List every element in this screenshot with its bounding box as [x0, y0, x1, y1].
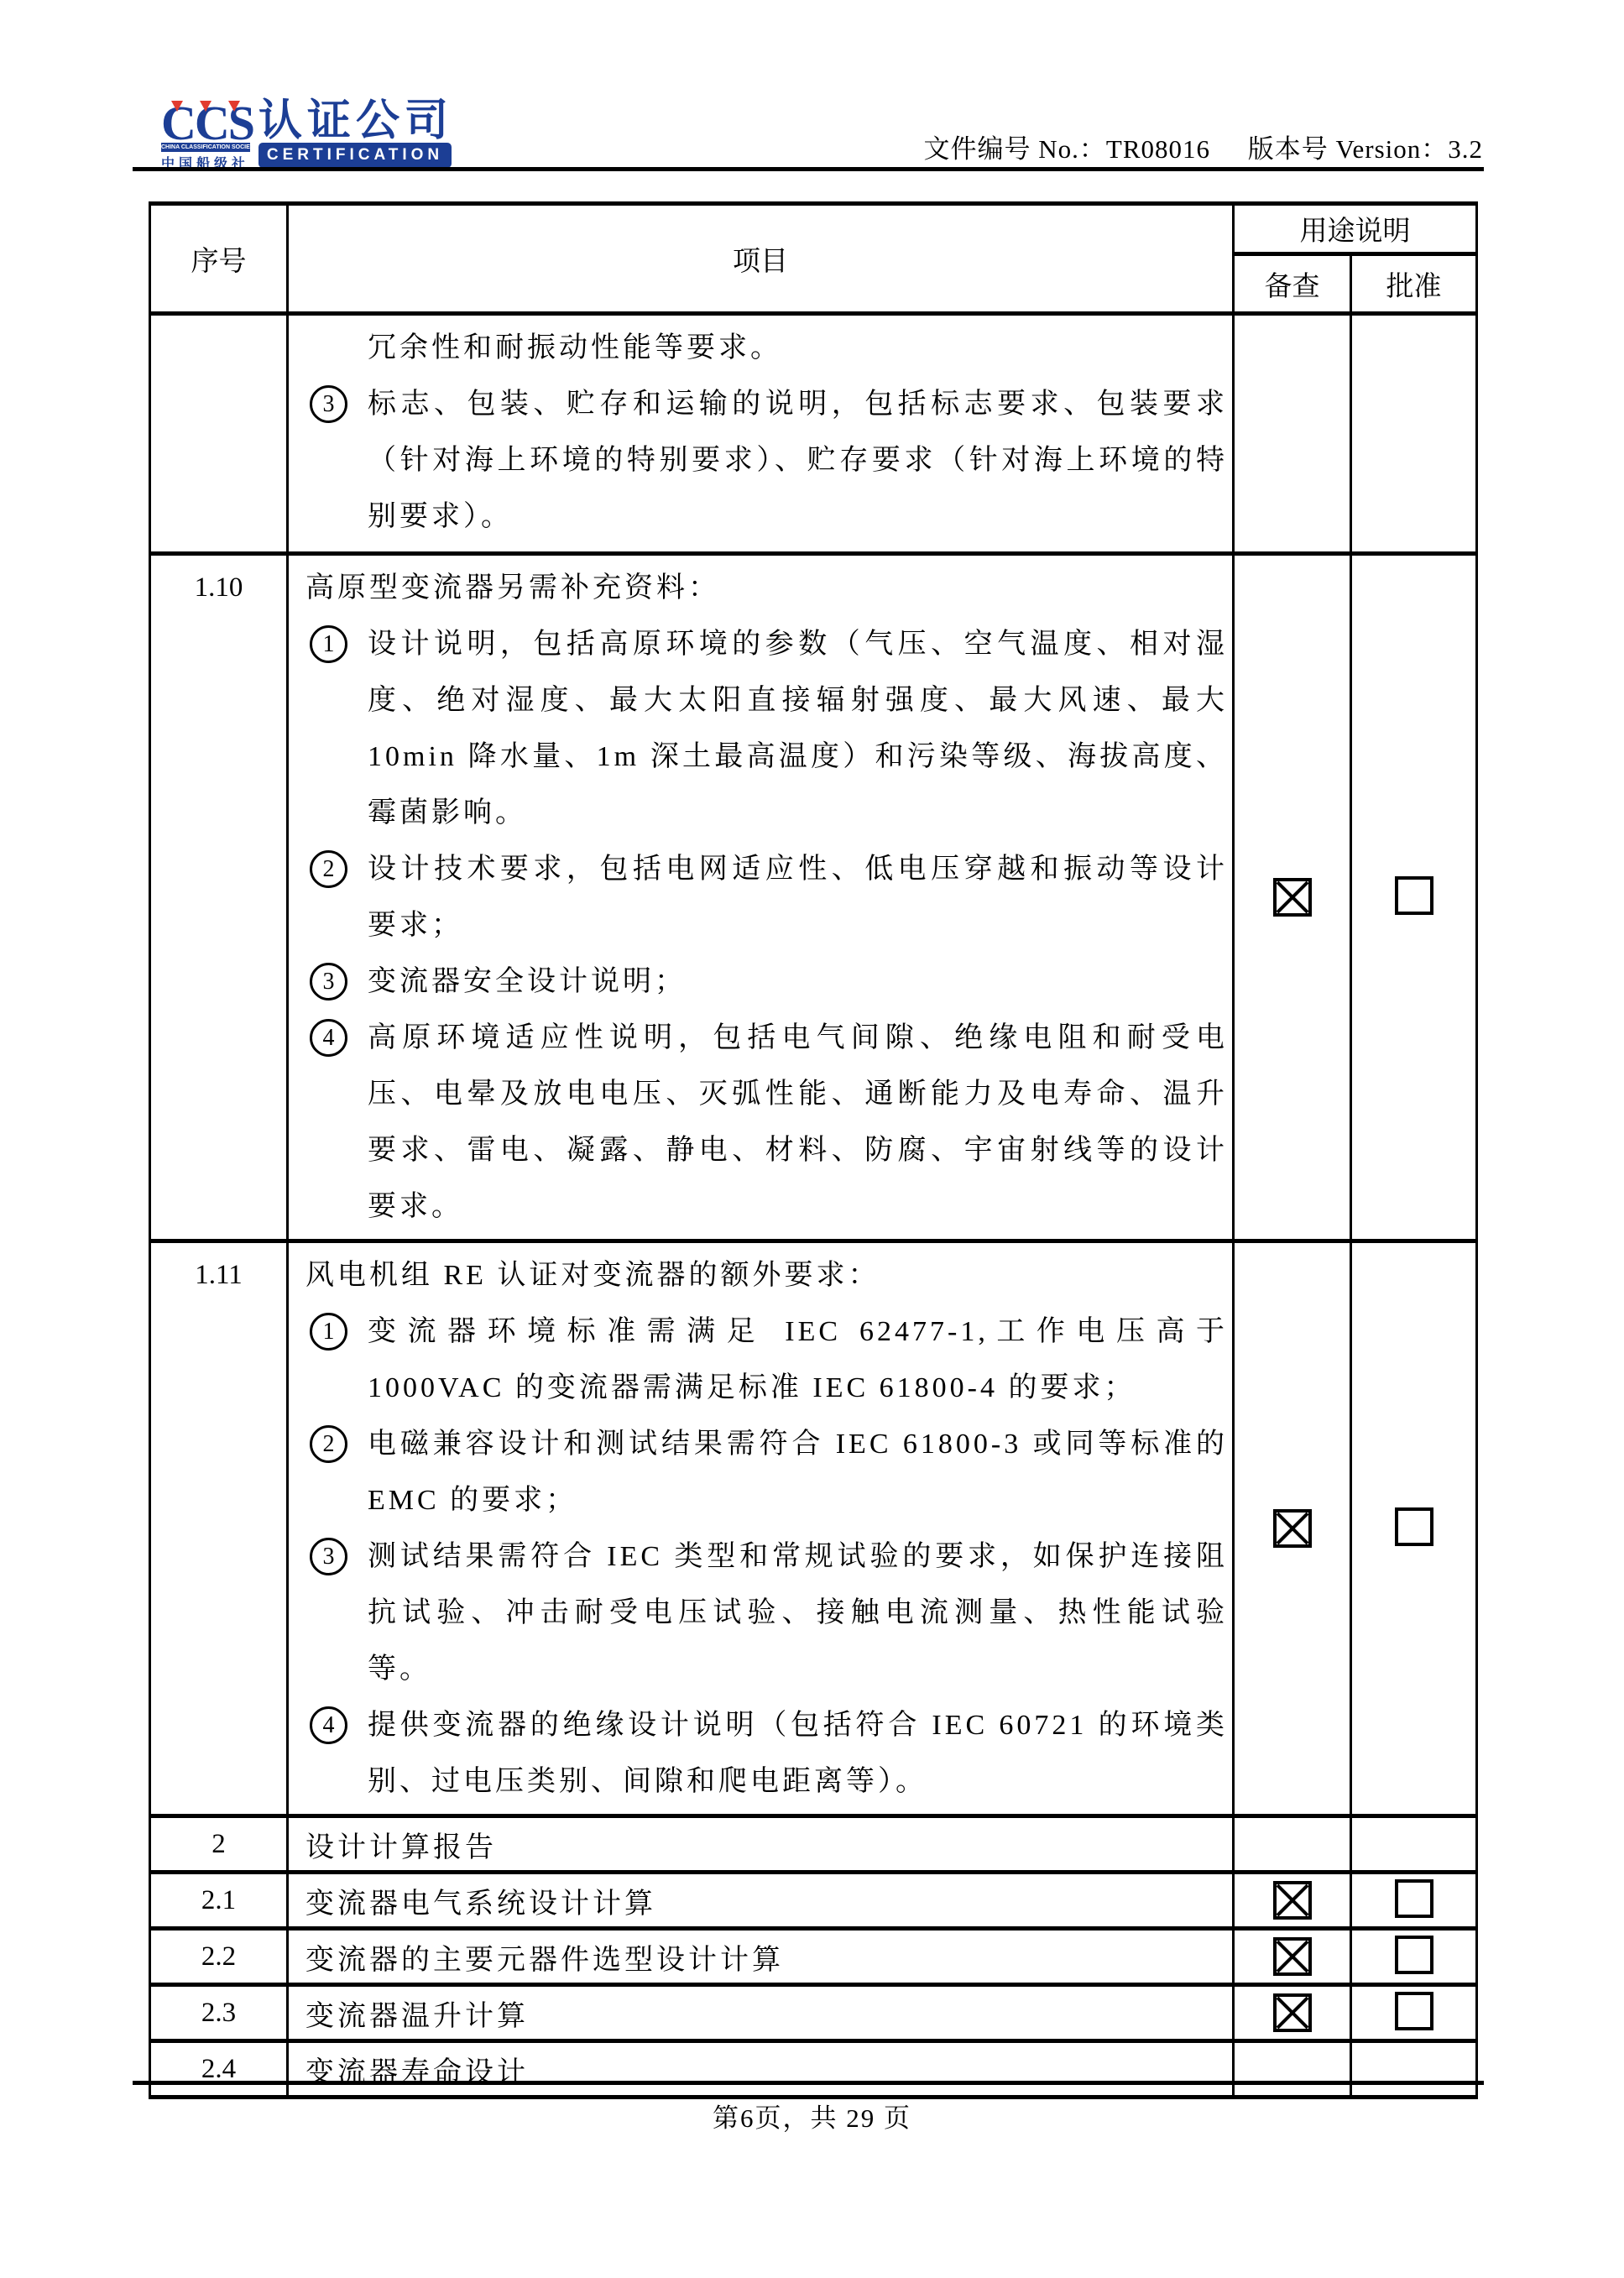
- pizhun-cell: [1351, 2041, 1477, 2098]
- table-body: 冗余性和耐振动性能等要求。3标志、包装、贮存和运输的说明，包括标志要求、包装要求…: [150, 314, 1477, 2098]
- checkbox-empty-icon[interactable]: [1395, 1507, 1433, 1546]
- logo-red-accent-icon: [171, 101, 183, 112]
- row-item-cell: 变流器温升计算: [288, 1985, 1234, 2041]
- beicha-cell: [1234, 2041, 1351, 2098]
- table-row: 2.4变流器寿命设计: [150, 2041, 1477, 2098]
- beicha-cell: [1234, 1873, 1351, 1929]
- row-item-cell: 风电机组 RE 认证对变流器的额外要求：1变流器环境标准需满足 IEC 6247…: [288, 1241, 1234, 1816]
- beicha-cell: [1234, 1985, 1351, 2041]
- logo-society-en: CHINA CLASSIFICATION SOCIETY: [161, 143, 250, 152]
- column-header-beicha: 备查: [1234, 254, 1351, 314]
- row-index: 1.10: [150, 554, 288, 1241]
- item-text: 高原环境适应性说明，包括电气间隙、绝缘电阻和耐受电压、电晕及放电电压、灭弧性能、…: [368, 1010, 1228, 1235]
- item-text: 测试结果需符合 IEC 类型和常规试验的要求，如保护连接阻抗试验、冲击耐受电压试…: [368, 1528, 1228, 1697]
- item-text: 变流器安全设计说明；: [368, 954, 1228, 1010]
- list-item: 4高原环境适应性说明，包括电气间隙、绝缘电阻和耐受电压、电晕及放电电压、灭弧性能…: [289, 1010, 1228, 1235]
- item-text: 设计技术要求，包括电网适应性、低电压穿越和振动等设计要求；: [368, 841, 1228, 954]
- item-text: 设计计算报告: [305, 1824, 1228, 1865]
- row-item-cell: 高原型变流器另需补充资料：1设计说明，包括高原环境的参数（气压、空气温度、相对湿…: [288, 554, 1234, 1241]
- paragraph: 变流器温升计算: [289, 1993, 1228, 2034]
- list-item: 2设计技术要求，包括电网适应性、低电压穿越和振动等设计要求；: [289, 841, 1228, 954]
- table-row: 2设计计算报告: [150, 1816, 1477, 1873]
- list-item: 1设计说明，包括高原环境的参数（气压、空气温度、相对湿度、绝对湿度、最大太阳直接…: [289, 616, 1228, 841]
- table-row: 1.10高原型变流器另需补充资料：1设计说明，包括高原环境的参数（气压、空气温度…: [150, 554, 1477, 1241]
- table-row: 2.2变流器的主要元器件选型设计计算: [150, 1929, 1477, 1985]
- paragraph: 风电机组 RE 认证对变流器的额外要求：: [289, 1247, 1228, 1304]
- row-index: 2.3: [150, 1985, 288, 2041]
- column-header-index: 序号: [150, 204, 288, 314]
- row-index: 2.4: [150, 2041, 288, 2098]
- checkbox-empty-icon[interactable]: [1395, 1879, 1433, 1918]
- column-header-usage: 用途说明: [1234, 204, 1477, 254]
- table-row: 冗余性和耐振动性能等要求。3标志、包装、贮存和运输的说明，包括标志要求、包装要求…: [150, 314, 1477, 554]
- checkbox-empty-icon[interactable]: [1395, 876, 1433, 915]
- logo-certification-label: CERTIFICATION: [258, 143, 452, 168]
- row-item-cell: 冗余性和耐振动性能等要求。3标志、包装、贮存和运输的说明，包括标志要求、包装要求…: [288, 314, 1234, 554]
- pizhun-cell: [1351, 1241, 1477, 1816]
- beicha-cell: [1234, 1816, 1351, 1873]
- circled-number-icon: 4: [310, 1019, 347, 1057]
- item-text: 冗余性和耐振动性能等要求。: [368, 320, 1228, 376]
- item-text: 风电机组 RE 认证对变流器的额外要求：: [305, 1247, 1228, 1304]
- list-item: 3标志、包装、贮存和运输的说明，包括标志要求、包装要求（针对海上环境的特别要求）…: [289, 376, 1228, 545]
- table-row: 2.1变流器电气系统设计计算: [150, 1873, 1477, 1929]
- item-text: 电磁兼容设计和测试结果需符合 IEC 61800-3 或同等标准的 EMC 的要…: [368, 1416, 1228, 1528]
- pizhun-cell: [1351, 1873, 1477, 1929]
- column-header-item: 项目: [288, 204, 1234, 314]
- table-row: 1.11风电机组 RE 认证对变流器的额外要求：1变流器环境标准需满足 IEC …: [150, 1241, 1477, 1816]
- checkbox-checked-icon[interactable]: [1273, 1937, 1312, 1976]
- item-text: 变流器环境标准需满足 IEC 62477-1,工作电压高于 1000VAC 的变…: [368, 1304, 1228, 1416]
- document-page: CCS CHINA CLASSIFICATION SOCIETY 中国船级社 认…: [0, 0, 1624, 2278]
- pizhun-cell: [1351, 1929, 1477, 1985]
- row-item-cell: 变流器电气系统设计计算: [288, 1873, 1234, 1929]
- checkbox-empty-icon[interactable]: [1395, 1936, 1433, 1974]
- list-item: 3测试结果需符合 IEC 类型和常规试验的要求，如保护连接阻抗试验、冲击耐受电压…: [289, 1528, 1228, 1697]
- beicha-cell: [1234, 1929, 1351, 1985]
- requirements-table: 序号 项目 用途说明 备查 批准 冗余性和耐振动性能等要求。3标志、包装、贮存和…: [149, 201, 1478, 2099]
- page-number: 第6页，共 29 页: [0, 2097, 1624, 2134]
- circled-number-icon: 4: [310, 1706, 347, 1744]
- checkbox-checked-icon[interactable]: [1273, 1993, 1312, 2032]
- list-item: 2电磁兼容设计和测试结果需符合 IEC 61800-3 或同等标准的 EMC 的…: [289, 1416, 1228, 1528]
- column-header-pizhun: 批准: [1351, 254, 1477, 314]
- circled-number-icon: 1: [310, 625, 347, 663]
- item-text: 变流器电气系统设计计算: [305, 1880, 1228, 1921]
- paragraph: 变流器电气系统设计计算: [289, 1880, 1228, 1921]
- item-text: 高原型变流器另需补充资料：: [305, 560, 1228, 616]
- circled-number-icon: 2: [310, 850, 347, 888]
- circled-number-icon: 3: [310, 963, 347, 1001]
- beicha-cell: [1234, 1241, 1351, 1816]
- circled-number-icon: 3: [310, 385, 347, 423]
- item-text: 设计说明，包括高原环境的参数（气压、空气温度、相对湿度、绝对湿度、最大太阳直接辐…: [368, 616, 1228, 841]
- table-header-row: 序号 项目 用途说明: [150, 204, 1477, 254]
- row-index: 2.2: [150, 1929, 288, 1985]
- paragraph: 变流器的主要元器件选型设计计算: [289, 1936, 1228, 1978]
- row-index: 2: [150, 1816, 288, 1873]
- item-text: 提供变流器的绝缘设计说明（包括符合 IEC 60721 的环境类别、过电压类别、…: [368, 1697, 1228, 1810]
- circled-number-icon: 3: [310, 1538, 347, 1575]
- paragraph: 冗余性和耐振动性能等要求。: [289, 320, 1228, 376]
- row-item-cell: 变流器寿命设计: [288, 2041, 1234, 2098]
- item-text: 变流器温升计算: [305, 1993, 1228, 2034]
- logo-red-accent-icon: [228, 101, 240, 112]
- list-item: 3变流器安全设计说明；: [289, 954, 1228, 1010]
- pizhun-cell: [1351, 1985, 1477, 2041]
- row-index: [150, 314, 288, 554]
- table-row: 2.3变流器温升计算: [150, 1985, 1477, 2041]
- row-index: 1.11: [150, 1241, 288, 1816]
- list-item: 4提供变流器的绝缘设计说明（包括符合 IEC 60721 的环境类别、过电压类别…: [289, 1697, 1228, 1810]
- item-text: 标志、包装、贮存和运输的说明，包括标志要求、包装要求（针对海上环境的特别要求）、…: [368, 376, 1228, 545]
- checkbox-checked-icon[interactable]: [1273, 878, 1312, 917]
- circled-number-icon: 1: [310, 1313, 347, 1351]
- item-text: 变流器的主要元器件选型设计计算: [305, 1936, 1228, 1978]
- doc-version: 版本号 Version：3.2: [1248, 134, 1483, 164]
- row-index: 2.1: [150, 1873, 288, 1929]
- row-item-cell: 设计计算报告: [288, 1816, 1234, 1873]
- pizhun-cell: [1351, 1816, 1477, 1873]
- checkbox-checked-icon[interactable]: [1273, 1509, 1312, 1548]
- beicha-cell: [1234, 314, 1351, 554]
- document-info: 文件编号 No.：TR08016 版本号 Version：3.2: [924, 128, 1483, 165]
- logo-red-accent-icon: [200, 101, 211, 112]
- row-item-cell: 变流器的主要元器件选型设计计算: [288, 1929, 1234, 1985]
- list-item: 1变流器环境标准需满足 IEC 62477-1,工作电压高于 1000VAC 的…: [289, 1304, 1228, 1416]
- ccs-logo: CCS CHINA CLASSIFICATION SOCIETY 中国船级社 认…: [161, 104, 455, 171]
- pizhun-cell: [1351, 314, 1477, 554]
- logo-brand-cn: 认证公司: [258, 99, 453, 143]
- checkbox-checked-icon[interactable]: [1273, 1881, 1312, 1920]
- pizhun-cell: [1351, 554, 1477, 1241]
- paragraph: 设计计算报告: [289, 1824, 1228, 1865]
- doc-number: 文件编号 No.：TR08016: [924, 134, 1211, 164]
- circled-number-icon: 2: [310, 1425, 347, 1463]
- header-divider: [133, 167, 1484, 171]
- checkbox-empty-icon[interactable]: [1395, 1992, 1433, 2030]
- footer-divider: [133, 2081, 1484, 2085]
- paragraph: 高原型变流器另需补充资料：: [289, 560, 1228, 616]
- beicha-cell: [1234, 554, 1351, 1241]
